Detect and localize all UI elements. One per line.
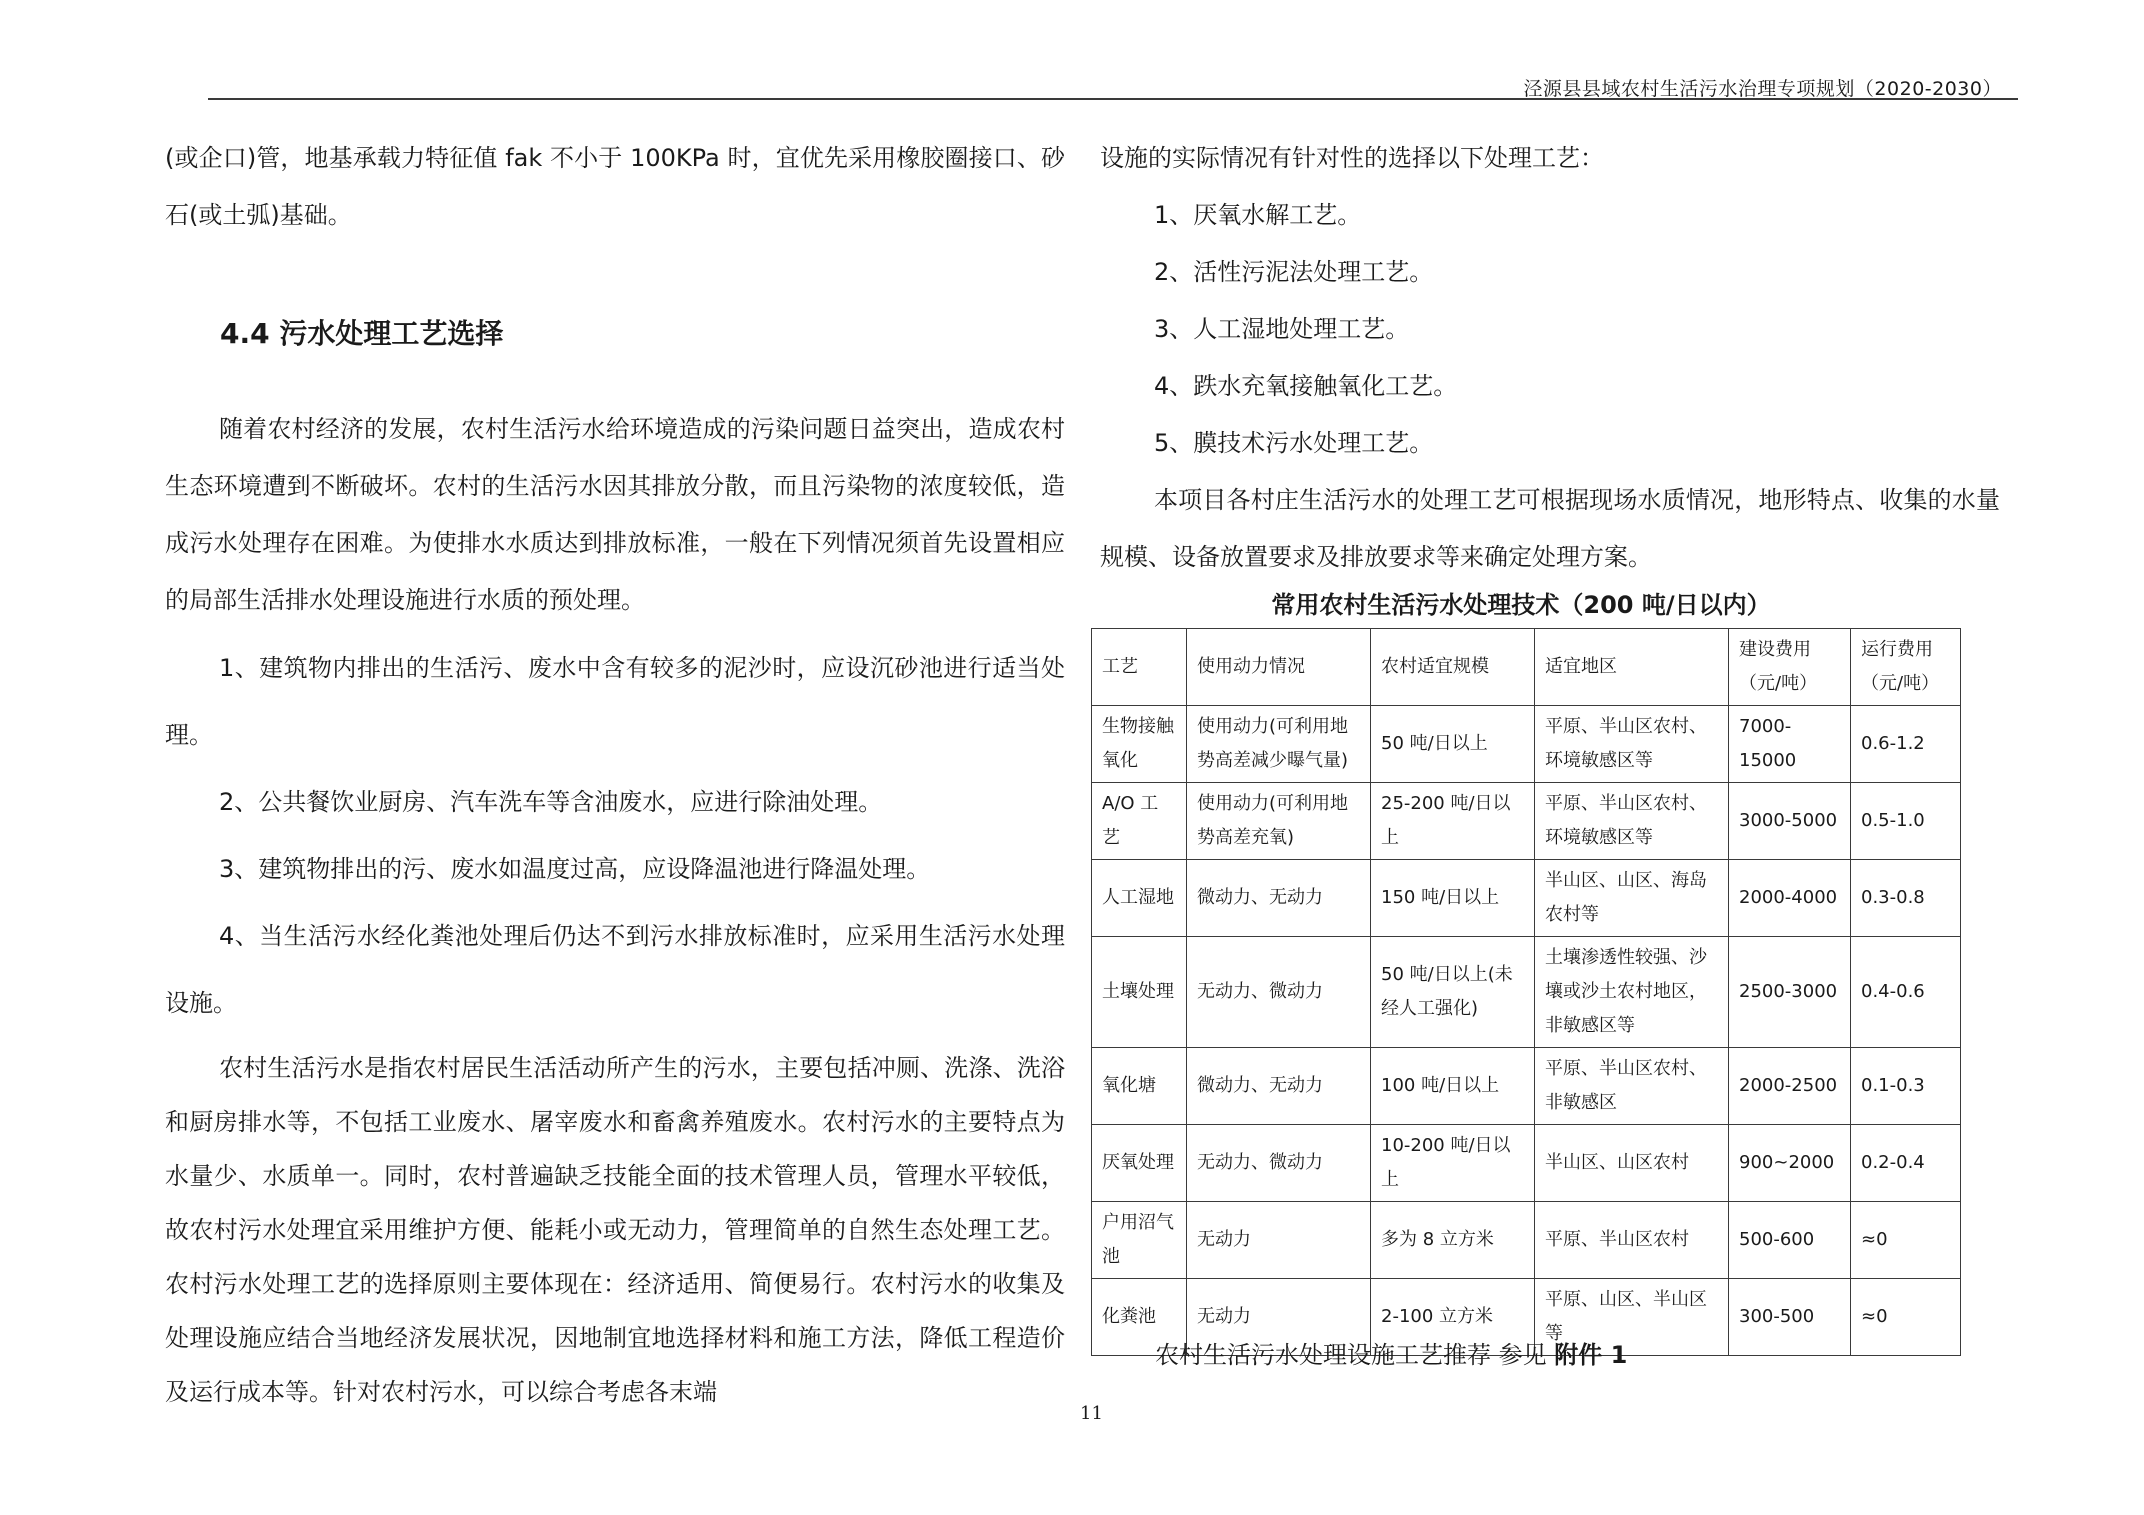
left-column: (或企口)管，地基承载力特征值 fak 不小于 100KPa 时，宜优先采用橡胶… [165,130,1065,244]
paragraph-rural-sewage: 农村生活污水是指农村居民生活活动所产生的污水，主要包括冲厕、洗涤、洗浴和厨房排水… [165,1041,1065,1419]
table-cell: 0.1-0.3 [1851,1048,1961,1125]
table-cell: 土壤渗透性较强、沙壤或沙土农村地区，非敏感区等 [1535,937,1729,1048]
table-cell: ≈0 [1851,1202,1961,1279]
appendix-reference: 农村生活污水处理设施工艺推荐 参见 附件 1 [1155,1335,1627,1370]
document-title: 泾源县县域农村生活污水治理专项规划（2020-2030） [1523,74,2002,101]
table-cell: ≈0 [1851,1279,1961,1356]
table-cell: 7000-15000 [1729,706,1851,783]
header-cell: 农村适宜规模 [1371,629,1535,706]
header-cell: 适宜地区 [1535,629,1729,706]
list-item: 2、公共餐饮业厨房、汽车洗车等含油废水，应进行除油处理。 [165,769,1065,836]
right-column: 设施的实际情况有针对性的选择以下处理工艺： 1、厌氧水解工艺。 2、活性污泥法处… [1100,130,2000,586]
list-item: 3、建筑物排出的污、废水如温度过高，应设降温池进行降温处理。 [165,836,1065,903]
table-cell: 厌氧处理 [1092,1125,1187,1202]
table-cell: 使用动力(可利用地势高差充氧) [1187,783,1371,860]
appendix-reference-text: 农村生活污水处理设施工艺推荐 参见 [1155,1341,1554,1369]
header-cell: 运行费用（元/吨） [1851,629,1961,706]
table-cell: A/O 工艺 [1092,783,1187,860]
list-item: 4、当生活污水经化粪池处理后仍达不到污水排放标准时，应采用生活污水处理设施。 [165,903,1065,1037]
table-cell: 土壤处理 [1092,937,1187,1048]
table-row: 氧化塘 微动力、无动力 100 吨/日以上 平原、半山区农村、非敏感区 2000… [1092,1048,1961,1125]
table-cell: 10-200 吨/日以上 [1371,1125,1535,1202]
table-cell: 平原、半山区农村 [1535,1202,1729,1279]
table-cell: 50 吨/日以上 [1371,706,1535,783]
treatment-tech-table: 工艺 使用动力情况 农村适宜规模 适宜地区 建设费用（元/吨） 运行费用（元/吨… [1091,628,1961,1356]
process-item: 5、膜技术污水处理工艺。 [1100,415,2000,472]
table-cell: 150 吨/日以上 [1371,860,1535,937]
table-row: 户用沼气池 无动力 多为 8 立方米 平原、半山区农村 500-600 ≈0 [1092,1202,1961,1279]
table-cell: 0.3-0.8 [1851,860,1961,937]
page-number: 11 [1080,1403,1103,1424]
table-row: 生物接触氧化 使用动力(可利用地势高差减少曝气量) 50 吨/日以上 平原、半山… [1092,706,1961,783]
table-cell: 多为 8 立方米 [1371,1202,1535,1279]
table-cell: 户用沼气池 [1092,1202,1187,1279]
appendix-link: 附件 1 [1554,1341,1627,1369]
list-item: 1、建筑物内排出的生活污、废水中含有较多的泥沙时，应设沉砂池进行适当处理。 [165,635,1065,769]
table-cell: 无动力、微动力 [1187,937,1371,1048]
intro-paragraph: (或企口)管，地基承载力特征值 fak 不小于 100KPa 时，宜优先采用橡胶… [165,130,1065,244]
table-cell: 50 吨/日以上(未经人工强化) [1371,937,1535,1048]
header-cell: 使用动力情况 [1187,629,1371,706]
process-item: 2、活性污泥法处理工艺。 [1100,244,2000,301]
table-cell: 微动力、无动力 [1187,1048,1371,1125]
table-cell: 使用动力(可利用地势高差减少曝气量) [1187,706,1371,783]
header-cell: 建设费用（元/吨） [1729,629,1851,706]
paragraph-intro-pollution: 随着农村经济的发展，农村生活污水给环境造成的污染问题日益突出，造成农村生态环境遭… [165,401,1065,629]
table-cell: 氧化塘 [1092,1048,1187,1125]
table-cell: 25-200 吨/日以上 [1371,783,1535,860]
table-row: A/O 工艺 使用动力(可利用地势高差充氧) 25-200 吨/日以上 平原、半… [1092,783,1961,860]
page-header: 泾源县县域农村生活污水治理专项规划（2020-2030） [0,0,2144,100]
table-cell: 人工湿地 [1092,860,1187,937]
table-cell: 无动力 [1187,1202,1371,1279]
table-cell: 无动力、微动力 [1187,1125,1371,1202]
table-cell: 3000-5000 [1729,783,1851,860]
continuation-text: 设施的实际情况有针对性的选择以下处理工艺： [1100,130,2000,187]
table-cell: 0.4-0.6 [1851,937,1961,1048]
table-cell: 平原、半山区农村、非敏感区 [1535,1048,1729,1125]
table-cell: 100 吨/日以上 [1371,1048,1535,1125]
table-row: 土壤处理 无动力、微动力 50 吨/日以上(未经人工强化) 土壤渗透性较强、沙壤… [1092,937,1961,1048]
process-item: 4、跌水充氧接触氧化工艺。 [1100,358,2000,415]
left-column-body: 随着农村经济的发展，农村生活污水给环境造成的污染问题日益突出，造成农村生态环境遭… [165,401,1065,1419]
table-cell: 0.2-0.4 [1851,1125,1961,1202]
table-cell: 500-600 [1729,1202,1851,1279]
table-header-row: 工艺 使用动力情况 农村适宜规模 适宜地区 建设费用（元/吨） 运行费用（元/吨… [1092,629,1961,706]
table-cell: 0.5-1.0 [1851,783,1961,860]
header-divider [208,98,2018,100]
table-row: 厌氧处理 无动力、微动力 10-200 吨/日以上 半山区、山区农村 900~2… [1092,1125,1961,1202]
table-title: 常用农村生活污水处理技术（200 吨/日以内） [1080,585,1962,620]
table-cell: 0.6-1.2 [1851,706,1961,783]
header-cell: 工艺 [1092,629,1187,706]
table-cell: 半山区、山区、海岛农村等 [1535,860,1729,937]
table-cell: 生物接触氧化 [1092,706,1187,783]
section-title: 4.4 污水处理工艺选择 [220,312,503,352]
table-cell: 半山区、山区农村 [1535,1125,1729,1202]
table-cell: 900~2000 [1729,1125,1851,1202]
selection-paragraph: 本项目各村庄生活污水的处理工艺可根据现场水质情况，地形特点、收集的水量规模、设备… [1100,472,2000,586]
table-cell: 微动力、无动力 [1187,860,1371,937]
table-cell: 平原、半山区农村、环境敏感区等 [1535,783,1729,860]
table-cell: 2500-3000 [1729,937,1851,1048]
table-cell: 2000-2500 [1729,1048,1851,1125]
process-item: 3、人工湿地处理工艺。 [1100,301,2000,358]
table-row: 人工湿地 微动力、无动力 150 吨/日以上 半山区、山区、海岛农村等 2000… [1092,860,1961,937]
process-item: 1、厌氧水解工艺。 [1100,187,2000,244]
table-cell: 2000-4000 [1729,860,1851,937]
table-cell: 300-500 [1729,1279,1851,1356]
table-cell: 平原、半山区农村、环境敏感区等 [1535,706,1729,783]
